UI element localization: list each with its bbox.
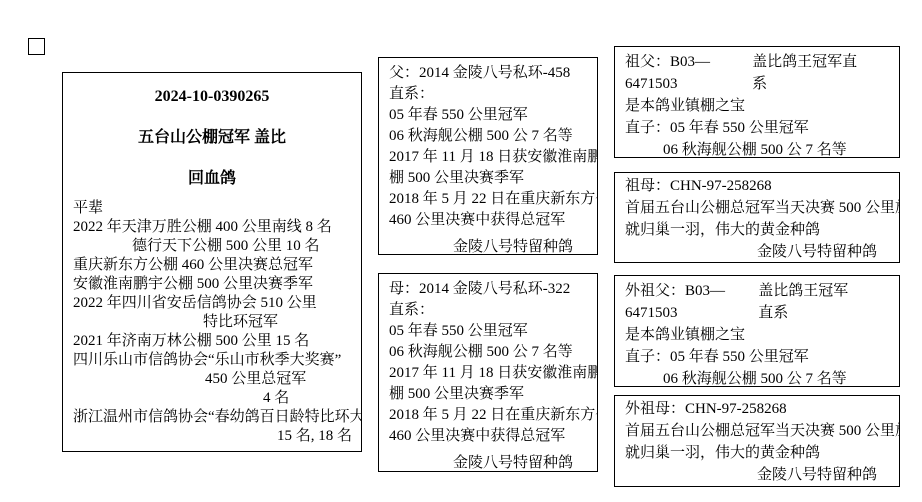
father-ring: 父：2014 金陵八号私环-458 — [389, 63, 587, 84]
grandfather-ring: 祖父：B03—6471503 — [625, 51, 752, 95]
maternal-grandmother-strain-note: 金陵八号特留种鸽 — [625, 464, 889, 486]
bird-subtitle: 回血鸽 — [73, 169, 351, 189]
achievement-line: 重庆新东方公棚 460 公里决赛总冠军 — [73, 256, 351, 275]
bird-title: 五台山公棚冠军 盖比 — [73, 128, 351, 148]
grandmother-strain-note: 金陵八号特留种鸽 — [625, 241, 889, 263]
grandfather-card: 祖父：B03—6471503 盖比鸽王冠军直系 是本鸽业镇棚之宝 直子：05 年… — [614, 46, 900, 158]
mother-line: 2017 年 11 月 18 日获安徽淮南鹏宇公 — [389, 363, 587, 384]
mother-line: 棚 500 公里决赛季军 — [389, 384, 587, 405]
achievement-line: 特比环冠军 — [203, 313, 351, 332]
maternal-grandfather-line: 直子：05 年春 550 公里冠军 — [625, 346, 889, 368]
maternal-grandmother-line: 首届五台山公棚总冠军当天决赛 500 公里放飞后 — [625, 420, 889, 442]
achievement-line: 4 名 — [263, 389, 351, 408]
grandfather-line: 直子：05 年春 550 公里冠军 — [625, 117, 889, 139]
achievement-line: 浙江温州市信鸽协会“春幼鸽百日龄特比环大奖赛” — [73, 408, 351, 427]
mother-strain-note: 金陵八号特留种鸽 — [389, 453, 587, 472]
achievement-list: 平辈 2022 年天津万胜公棚 400 公里南线 8 名 德行天下公棚 500 … — [73, 199, 351, 446]
grandmother-line: 就归巢一羽，伟大的黄金种鸽 — [625, 219, 889, 241]
achievement-line: 2022 年四川省安岳信鸽协会 510 公里 — [73, 294, 351, 313]
maternal-grandmother-line: 就归巢一羽，伟大的黄金种鸽 — [625, 442, 889, 464]
maternal-grandmother-card: 外祖母：CHN-97-258268 首届五台山公棚总冠军当天决赛 500 公里放… — [614, 395, 900, 487]
mother-line: 直系： — [389, 300, 587, 321]
achievement-line: 四川乐山市信鸽协会“乐山市秋季大奖赛” — [73, 351, 351, 370]
achievement-line: 2022 年天津万胜公棚 400 公里南线 8 名 — [73, 218, 351, 237]
maternal-grandfather-line: 06 秋海舰公棚 500 公 7 名等 — [663, 368, 889, 387]
achievement-line: 2021 年济南万林公棚 500 公里 15 名 — [73, 332, 351, 351]
grandfather-title-row: 祖父：B03—6471503 盖比鸽王冠军直系 — [625, 51, 889, 95]
maternal-grandfather-line: 是本鸽业镇棚之宝 — [625, 324, 889, 346]
achievement-line: 德行天下公棚 500 公里 10 名 — [132, 237, 351, 256]
main-bird-card: 2024-10-0390265 五台山公棚冠军 盖比 回血鸽 平辈 2022 年… — [62, 72, 362, 452]
maternal-grandfather-title-row: 外祖父：B03—6471503 盖比鸽王冠军直系 — [625, 280, 889, 324]
maternal-grandfather-lineage: 盖比鸽王冠军直系 — [758, 280, 863, 324]
grandfather-lineage: 盖比鸽王冠军直系 — [752, 51, 863, 95]
father-card: 父：2014 金陵八号私环-458 直系： 05 年春 550 公里冠军 06 … — [378, 57, 598, 255]
father-line: 2017 年 11 月 18 日获安徽淮南鹏宇公 — [389, 147, 587, 168]
empty-corner-box — [28, 38, 45, 55]
father-strain-note: 金陵八号特留种鸽 — [389, 237, 587, 255]
grandfather-line: 06 秋海舰公棚 500 公 7 名等 — [663, 139, 889, 158]
father-line: 06 秋海舰公棚 500 公 7 名等 — [389, 126, 587, 147]
maternal-grandfather-ring: 外祖父：B03—6471503 — [625, 280, 758, 324]
mother-line: 06 秋海舰公棚 500 公 7 名等 — [389, 342, 587, 363]
maternal-grandfather-card: 外祖父：B03—6471503 盖比鸽王冠军直系 是本鸽业镇棚之宝 直子：05 … — [614, 275, 900, 387]
grandmother-line: 首届五台山公棚总冠军当天决赛 500 公里放飞后 — [625, 197, 889, 219]
grandmother-card: 祖母：CHN-97-258268 首届五台山公棚总冠军当天决赛 500 公里放飞… — [614, 172, 900, 263]
father-line: 直系： — [389, 84, 587, 105]
father-line: 棚 500 公里决赛季军 — [389, 168, 587, 189]
mother-line: 2018 年 5 月 22 日在重庆新东方公棚 — [389, 405, 587, 426]
grandfather-line: 是本鸽业镇棚之宝 — [625, 95, 889, 117]
father-line: 05 年春 550 公里冠军 — [389, 105, 587, 126]
maternal-grandmother-ring: 外祖母：CHN-97-258268 — [625, 398, 889, 420]
grandmother-ring: 祖母：CHN-97-258268 — [625, 175, 889, 197]
mother-ring: 母：2014 金陵八号私环-322 — [389, 279, 587, 300]
mother-line: 05 年春 550 公里冠军 — [389, 321, 587, 342]
achievement-line: 15 名, 18 名 — [277, 427, 351, 446]
ring-number: 2024-10-0390265 — [73, 87, 351, 107]
achievement-line: 安徽淮南鹏宇公棚 500 公里决赛季军 — [73, 275, 351, 294]
achievement-line: 平辈 — [73, 199, 351, 218]
pedigree-document: 2024-10-0390265 五台山公棚冠军 盖比 回血鸽 平辈 2022 年… — [0, 0, 922, 502]
father-line: 460 公里决赛中获得总冠军 — [389, 210, 587, 231]
father-line: 2018 年 5 月 22 日在重庆新东方公棚 — [389, 189, 587, 210]
mother-card: 母：2014 金陵八号私环-322 直系： 05 年春 550 公里冠军 06 … — [378, 273, 598, 472]
mother-line: 460 公里决赛中获得总冠军 — [389, 426, 587, 447]
achievement-line: 450 公里总冠军 — [205, 370, 351, 389]
